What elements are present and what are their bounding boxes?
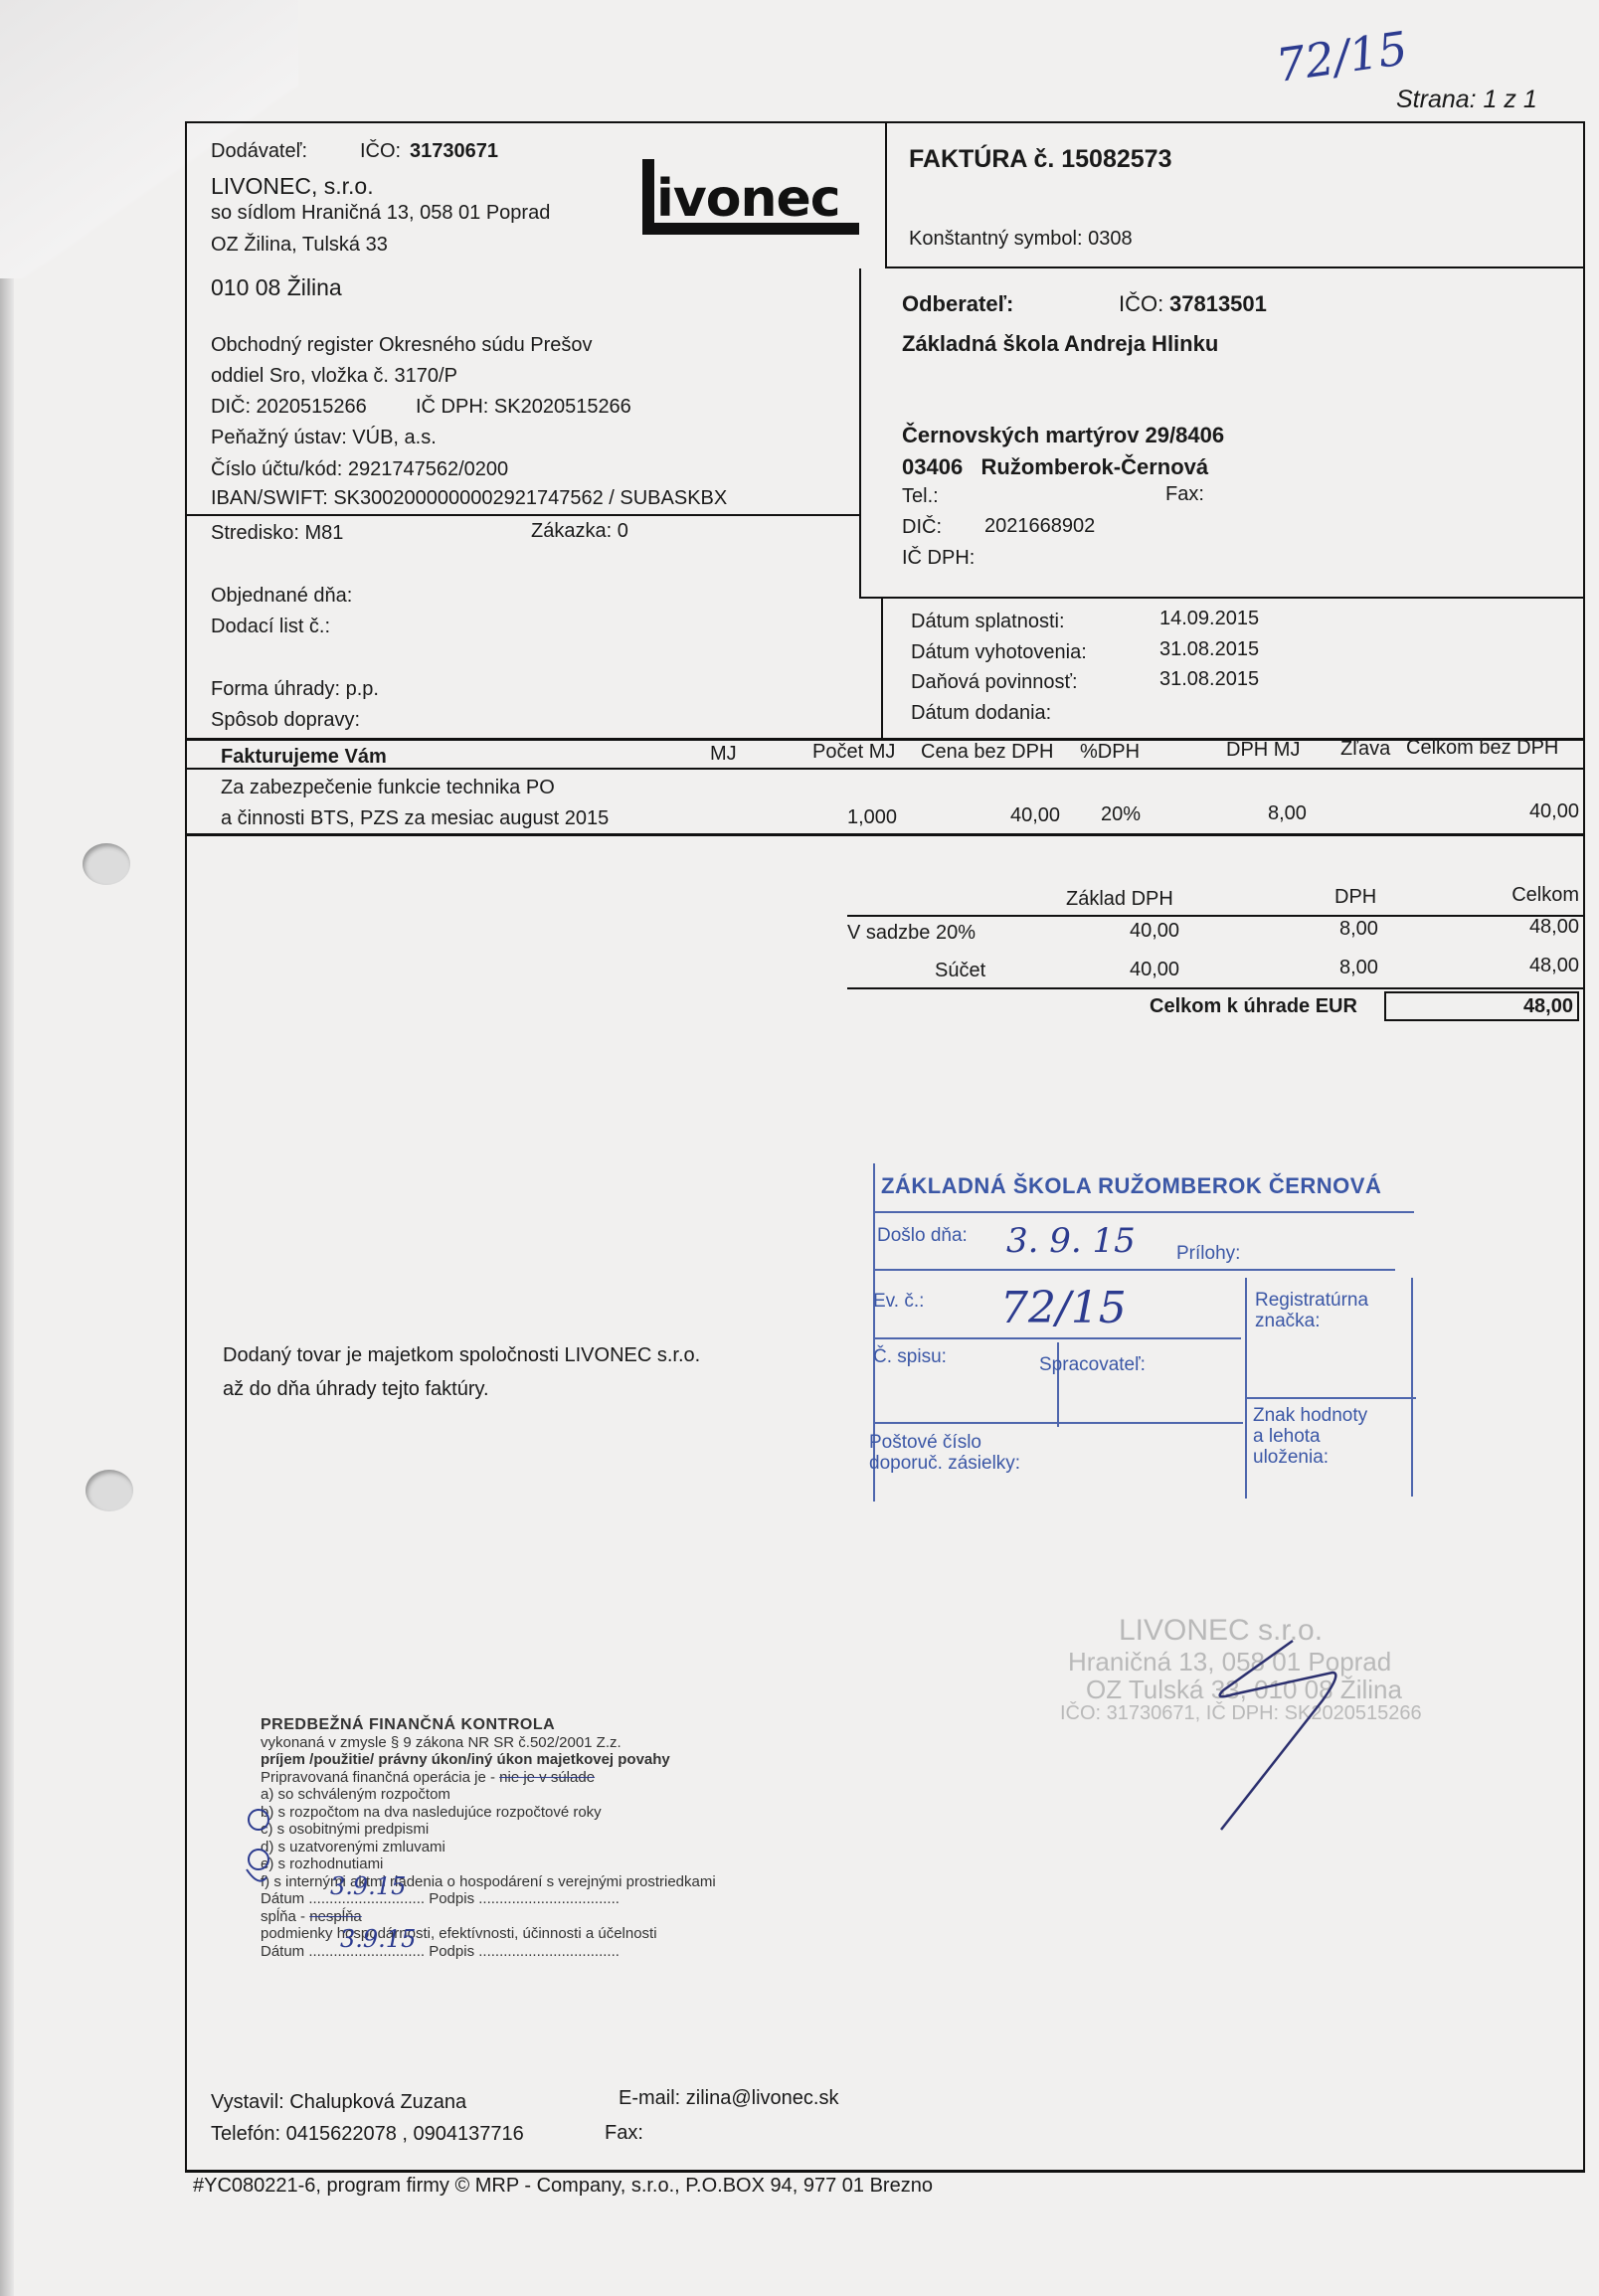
supplier-account: Číslo účtu/kód: 2921747562/0200 <box>211 459 508 479</box>
col-pocet: Počet MJ <box>812 742 895 762</box>
signature-icon <box>1213 1631 1442 1859</box>
fc-date-line-1: Dátum ............................ Podpi… <box>261 1890 620 1907</box>
constant-symbol: Konštantný symbol: 0308 <box>909 229 1133 249</box>
total-label: Celkom k úhrade EUR <box>1150 996 1357 1016</box>
customer-ic-dph-label: IČ DPH: <box>902 548 975 568</box>
stamp-registry-label-1: Registratúrna <box>1255 1290 1368 1312</box>
stamp-attachments-label: Prílohy: <box>1176 1243 1240 1265</box>
items-header-bottom <box>185 768 1585 770</box>
fc-operation-line: Pripravovaná finančná operácia je - nie … <box>261 1769 716 1787</box>
fc-item-e: e) s rozhodnutiami <box>261 1855 716 1873</box>
summary-col-vat: DPH <box>1334 887 1376 907</box>
col-cena: Cena bez DPH <box>921 742 1053 762</box>
col-description: Fakturujeme Vám <box>221 747 387 767</box>
summary-rate-base: 40,00 <box>1130 921 1179 941</box>
fc-date-line-2: Dátum ............................ Podpi… <box>261 1943 620 1960</box>
scan-edge <box>0 0 14 2296</box>
col-pct-dph: %DPH <box>1080 742 1140 762</box>
forma-uhrady: Forma úhrady: p.p. <box>211 679 379 699</box>
supplier-ico-label: IČO: <box>360 141 401 161</box>
stamp-value-label-2: a lehota <box>1253 1426 1321 1448</box>
financial-control-stamp: PREDBEŽNÁ FINANČNÁ KONTROLA vykonaná v z… <box>261 1716 716 1960</box>
date-label-issued: Dátum vyhotovenia: <box>911 642 1087 662</box>
item-price: 40,00 <box>1010 805 1060 825</box>
stamp-spis-label: Č. spisu: <box>873 1346 947 1368</box>
fc-item-a: a) so schváleným rozpočtom <box>261 1786 716 1804</box>
stamp-rule-5 <box>1247 1397 1416 1399</box>
supplier-label: Dodávateľ: <box>211 141 307 161</box>
ownership-note-1: Dodaný tovar je majetkom spoločnosti LIV… <box>223 1345 700 1365</box>
program-note: #YC080221-6, program firmy © MRP - Compa… <box>193 2176 933 2196</box>
fc-item-c: c) s osobitnými predpismi <box>261 1821 716 1839</box>
summary-sum-base: 40,00 <box>1130 960 1179 979</box>
items-body-bottom <box>185 833 1585 836</box>
customer-ico-label: IČO: <box>1119 291 1163 317</box>
customer-fax-label: Fax: <box>1165 484 1204 504</box>
col-celkom: Celkom bez DPH <box>1406 738 1558 758</box>
supplier-city: 010 08 Žilina <box>211 274 342 301</box>
stamp-rule-1 <box>875 1211 1414 1213</box>
customer-city: 03406 Ružomberok-Černová <box>902 454 1208 480</box>
divider-supplier-bottom <box>185 514 861 516</box>
fc-date-line-1-row: Dátum ............................ Podpi… <box>261 1890 716 1908</box>
zakazka: Zákazka: 0 <box>531 521 628 541</box>
date-value-issued: 31.08.2015 <box>1159 639 1259 659</box>
summary-sum-label: Súčet <box>935 961 985 980</box>
summary-total-rule <box>847 987 1583 989</box>
fc-item-d: d) s uzatvorenými zmluvami <box>261 1839 716 1856</box>
divider-customer-bottom <box>859 597 1585 599</box>
item-vat-pct: 20% <box>1101 804 1141 824</box>
summary-rate-vat: 8,00 <box>1339 919 1378 939</box>
fc-item-b: b) s rozpočtom na dva nasledujúce rozpoč… <box>261 1804 716 1822</box>
frame-left <box>185 121 187 2172</box>
fc-date-line-2-row: Dátum ............................ Podpi… <box>261 1943 716 1961</box>
stamp-border-right <box>1411 1278 1413 1497</box>
divider-customer-top <box>887 266 1583 268</box>
fc-operation-struck: nie je v súlade <box>499 1769 595 1786</box>
stamp-rule-2 <box>873 1269 1395 1271</box>
fc-fulfils: spĺňa - <box>261 1908 309 1925</box>
fc-date-value-1: 3.9.15 <box>330 1878 406 1896</box>
customer-tel-label: Tel.: <box>902 486 939 506</box>
divider-invoice <box>885 121 887 268</box>
objednane-dna: Objednané dňa: <box>211 586 352 606</box>
supplier-bank: Peňažný ústav: VÚB, a.s. <box>211 428 437 447</box>
item-total: 40,00 <box>1472 801 1579 821</box>
customer-label: Odberateľ: <box>902 291 1013 317</box>
stamp-spracovatel-label: Spracovateľ: <box>1039 1354 1146 1376</box>
handwritten-reference: 72/15 <box>1273 21 1411 92</box>
date-label-tax: Daňová povinnosť: <box>911 672 1078 692</box>
fc-conditions: podmienky hospodárnosti, efektívnosti, ú… <box>261 1925 716 1943</box>
stamp-divider-right <box>1245 1278 1247 1499</box>
summary-sum-vat: 8,00 <box>1339 958 1378 977</box>
footer-email: E-mail: zilina@livonec.sk <box>619 2088 838 2108</box>
date-value-due: 14.09.2015 <box>1159 609 1259 628</box>
customer-dic-label: DIČ: <box>902 517 942 537</box>
ownership-note-2: až do dňa úhrady tejto faktúry. <box>223 1379 489 1399</box>
summary-col-base: Základ DPH <box>1066 889 1173 909</box>
summary-sum-total: 48,00 <box>1462 956 1579 975</box>
punch-hole-bottom <box>86 1470 133 1511</box>
stamp-rule-4 <box>873 1422 1243 1424</box>
supplier-seat: so sídlom Hraničná 13, 058 01 Poprad <box>211 203 550 223</box>
stamp-ev-number: 72/15 <box>1000 1283 1127 1333</box>
livonec-logo: ivonec <box>642 159 859 235</box>
date-label-due: Dátum splatnosti: <box>911 612 1065 631</box>
summary-rate-total: 48,00 <box>1462 917 1579 937</box>
handwritten-circles-icon <box>237 1808 276 1907</box>
item-description-1: Za zabezpečenie funkcie technika PO <box>221 778 555 797</box>
total-value: 48,00 <box>1392 996 1573 1016</box>
invoice-title: FAKTÚRA č. 15082573 <box>909 145 1171 174</box>
stamp-postal-label-1: Poštové číslo <box>869 1432 981 1454</box>
footer-phone: Telefón: 0415622078 , 0904137716 <box>211 2124 524 2144</box>
fc-law: vykonaná v zmysle § 9 zákona NR SR č.502… <box>261 1734 716 1752</box>
stamp-received-date: 3. 9. 15 <box>1006 1221 1136 1261</box>
fc-date-value-2: 3.9.15 <box>340 1931 416 1949</box>
fc-fulfils-line: spĺňa - nespĺňa <box>261 1908 716 1926</box>
fc-title: PREDBEŽNÁ FINANČNÁ KONTROLA <box>261 1716 716 1734</box>
sposob-dopravy: Spôsob dopravy: <box>211 710 360 730</box>
supplier-ic-dph: IČ DPH: SK2020515266 <box>416 397 631 417</box>
customer-dic: 2021668902 <box>984 516 1095 536</box>
stamp-registry-label-2: značka: <box>1255 1311 1320 1332</box>
col-dph-mj: DPH MJ <box>1226 740 1300 760</box>
divider-dates <box>881 599 883 740</box>
frame-bottom <box>185 2170 1585 2173</box>
item-description-2: a činnosti BTS, PZS za mesiac august 201… <box>221 808 609 828</box>
dodaci-list: Dodací list č.: <box>211 617 330 636</box>
customer-street: Černovských martýrov 29/8406 <box>902 423 1224 448</box>
col-mj: MJ <box>710 744 737 764</box>
stredisko: Stredisko: M81 <box>211 523 343 543</box>
stamp-title: ZÁKLADNÁ ŠKOLA RUŽOMBEROK ČERNOVÁ <box>881 1173 1381 1199</box>
stamp-ev-label: Ev. č.: <box>873 1291 924 1313</box>
stamp-value-label-3: uloženia: <box>1253 1447 1329 1469</box>
punch-hole-top <box>83 843 130 885</box>
footer-fax: Fax: <box>605 2123 643 2143</box>
divider-customer-left <box>859 268 861 599</box>
stamp-postal-label-2: doporuč. zásielky: <box>869 1453 1020 1475</box>
fc-type: príjem /použitie/ právny úkon/iný úkon m… <box>261 1751 716 1769</box>
supplier-iban: IBAN/SWIFT: SK3002000000002921747562 / S… <box>211 488 727 508</box>
col-zlava: Zľava <box>1340 739 1390 759</box>
date-label-delivery: Dátum dodania: <box>911 703 1051 723</box>
supplier-register-1: Obchodný register Okresného súdu Prešov <box>211 335 593 355</box>
fc-item-f: f) s internými aktmi riadenia o hospodár… <box>261 1873 716 1891</box>
fc-operation: Pripravovaná finančná operácia je - <box>261 1769 499 1786</box>
date-value-tax: 31.08.2015 <box>1159 669 1259 689</box>
supplier-ico: 31730671 <box>410 141 498 161</box>
customer-ico: 37813501 <box>1169 291 1267 317</box>
stamp-rule-3 <box>873 1337 1241 1339</box>
frame-right <box>1583 121 1585 2172</box>
stamp-value-label-1: Znak hodnoty <box>1253 1405 1367 1427</box>
supplier-name: LIVONEC, s.r.o. <box>211 173 374 200</box>
item-quantity: 1,000 <box>847 807 897 827</box>
item-vat: 8,00 <box>1268 803 1307 823</box>
supplier-dic: DIČ: 2020515266 <box>211 397 367 417</box>
issued-by: Vystavil: Chalupková Zuzana <box>211 2092 466 2112</box>
stamp-received-label: Došlo dňa: <box>877 1225 968 1247</box>
logo-word: ivonec <box>656 173 840 225</box>
fc-fulfils-struck: nespĺňa <box>309 1908 362 1925</box>
summary-col-total: Celkom <box>1462 885 1579 905</box>
customer-name: Základná škola Andreja Hlinku <box>902 331 1218 357</box>
summary-rate-label: V sadzbe 20% <box>847 923 976 943</box>
supplier-register-2: oddiel Sro, vložka č. 3170/P <box>211 366 457 386</box>
supplier-branch: OZ Žilina, Tulská 33 <box>211 235 388 255</box>
page-number: Strana: 1 z 1 <box>1396 86 1537 114</box>
